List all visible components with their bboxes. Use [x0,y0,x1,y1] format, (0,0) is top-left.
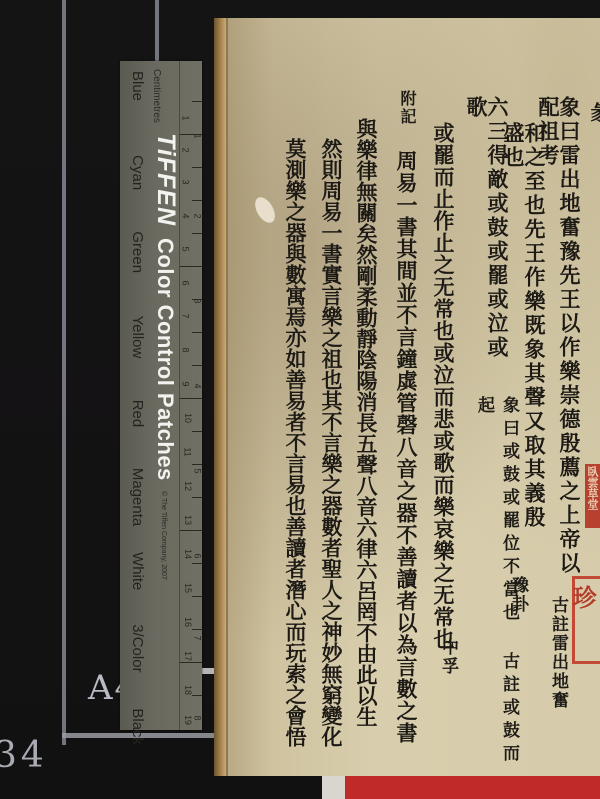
text-column-8: 莫測樂之器與數寓焉亦如善易者不言易也善讀者潛心而玩索之會悟 [285,138,306,758]
patch-yellow: Yellow [129,316,146,396]
white-strip [322,776,346,799]
text-column-1-note: 古註雷出地奮 [546,596,571,710]
patch-magenta: Magenta [129,468,146,548]
text-column-6: 與樂律無關矣然剛柔動靜陰陽消長五聲八音六律六呂罔不由此以生 [356,118,377,758]
paper-damage [251,194,279,226]
appendix-label: 附記 [396,90,419,126]
manuscript-page: 彖 象曰雷出地奮豫先王以作樂崇德殷薦之上帝以配祖考 古註雷出地奮 和之至也先王作… [226,18,600,776]
frame-line [155,0,159,62]
text-column-7: 然則周易一書實言樂之祖也其不言樂之器數者聖人之神妙無窮變化 [321,138,342,758]
centimetres-label: Centimetres [151,69,162,123]
frame-line [62,0,66,745]
tiffen-color-strip: Centimetres Blue Cyan Green Yellow Red M… [120,61,202,730]
patch-black: Black [129,708,146,745]
patch-white: White [129,552,146,620]
edge-character: 彖 [585,102,600,124]
copyright-text: © The Tiffen Company, 2007 [160,491,167,580]
number-label: 34 [0,735,48,776]
text-column-5: 周易一書其間並不言鐘虡管磬八音之器不善讀者以為言數之書 [396,150,417,770]
collector-seal-large: 珍 [572,576,600,664]
patch-red: Red [129,400,146,464]
patch-cyan: Cyan [129,155,146,227]
tiffen-logo: TiFFEN [152,133,180,226]
collector-seal-small: 臥雲草堂 [585,464,600,528]
patch-green: Green [129,231,146,311]
strip-title: TiFFENColor Control Patches [151,133,180,481]
patch-blue: Blue [129,71,146,151]
patch-3color: 3/Color [129,624,146,704]
ruler-scale [179,61,202,730]
text-column-4: 或罷而止作止之无常也或泣而悲或歌而樂哀樂之无常也 [433,122,454,682]
text-column-4-note: 中孚 [436,638,461,676]
text-column-3-note: 象曰或鼓或罷位不當也 古註或鼓而起 [472,396,522,776]
patch-labels: Blue Cyan Green Yellow Red Magenta White… [129,71,146,745]
strip-title-text: Color Control Patches [153,238,178,481]
red-strip [345,776,600,799]
text-column-3: 六三得敵或鼓或罷或泣或歌 [466,96,508,376]
